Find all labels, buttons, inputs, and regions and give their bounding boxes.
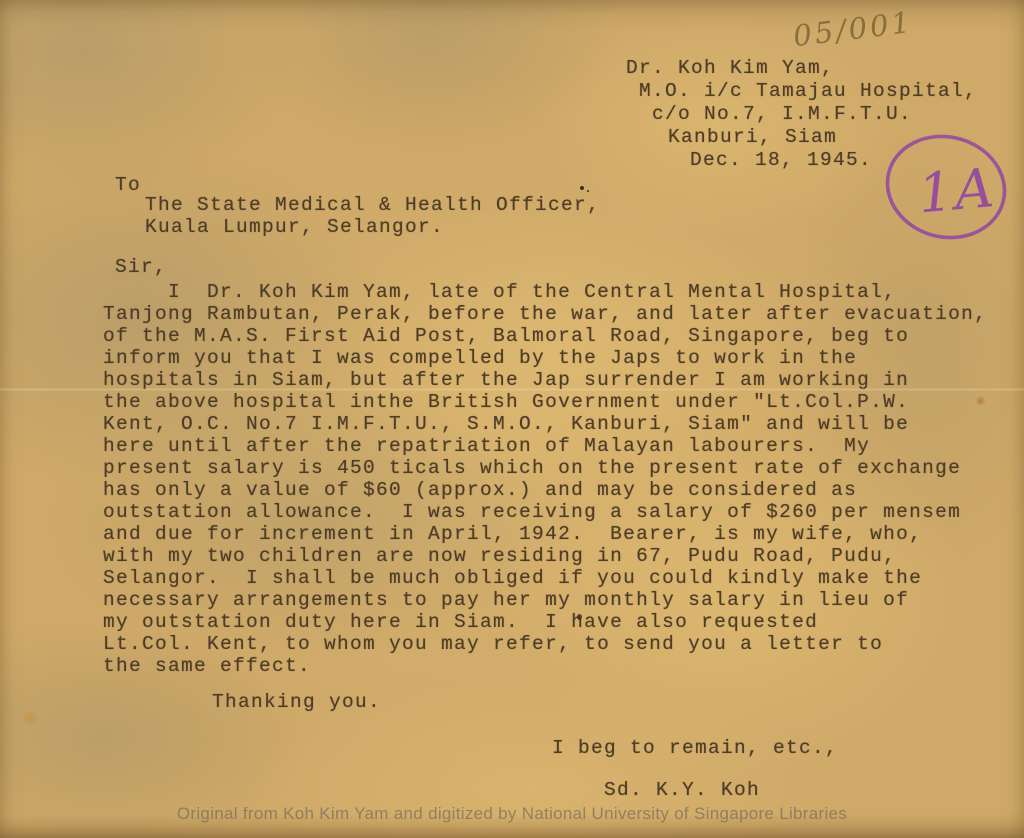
text-line: Kuala Lumpur, Selangor. — [145, 216, 600, 238]
text-line: hospitals in Siam, but after the Jap sur… — [103, 369, 987, 391]
text-line: the same effect. — [103, 655, 987, 677]
text-line: The State Medical & Health Officer, — [145, 194, 600, 216]
text-line: with my two children are now residing in… — [103, 545, 987, 567]
letter-body: I Dr. Koh Kim Yam, late of the Central M… — [103, 281, 987, 677]
text-line: Kent, O.C. No.7 I.M.F.T.U., S.M.O., Kanb… — [103, 413, 987, 435]
text-line: c/o No.7, I.M.F.T.U. — [652, 103, 977, 126]
text-line: of the M.A.S. First Aid Post, Balmoral R… — [103, 325, 987, 347]
text-line: M.O. i/c Tamajau Hospital, — [639, 80, 977, 103]
text-line: I Dr. Koh Kim Yam, late of the Central M… — [103, 281, 987, 303]
text-line: Lt.Col. Kent, to whom you may refer, to … — [103, 633, 987, 655]
circled-1a-stamp: 1A — [882, 128, 1016, 250]
text-line: present salary is 450 ticals which on th… — [103, 457, 987, 479]
text-line: necessary arrangements to pay her my mon… — [103, 589, 987, 611]
text-line: here until after the repatriation of Mal… — [103, 435, 987, 457]
text-line: inform you that I was compelled by the J… — [103, 347, 987, 369]
recipient-address-block: The State Medical & Health Officer,Kuala… — [145, 194, 600, 238]
text-line: Selangor. I shall be much obliged if you… — [103, 567, 987, 589]
thanking-line: Thanking you. — [212, 691, 381, 713]
recipient-to-label: To — [115, 174, 141, 196]
text-line: Tanjong Rambutan, Perak, before the war,… — [103, 303, 987, 325]
letter-page: 05/001 Dr. Koh Kim Yam,M.O. i/c Tamajau … — [0, 0, 1024, 838]
stamp-label: 1A — [916, 156, 999, 226]
paper-stain — [20, 710, 40, 726]
text-line: outstation allowance. I was receiving a … — [103, 501, 987, 523]
digitization-watermark: Original from Koh Kim Yam and digitized … — [0, 804, 1024, 824]
ink-speck — [580, 186, 584, 190]
closing-valediction: I beg to remain, etc., — [552, 737, 838, 759]
text-line: the above hospital inthe British Governm… — [103, 391, 987, 413]
text-line: Dr. Koh Kim Yam, — [626, 57, 977, 80]
pencil-reference-number: 05/001 — [791, 5, 914, 53]
text-line: and due for increment in April, 1942. Be… — [103, 523, 987, 545]
salutation: Sir, — [115, 256, 167, 278]
text-line: has only a value of $60 (approx.) and ma… — [103, 479, 987, 501]
text-line: my outstation duty here in Siam. I have … — [103, 611, 987, 633]
signature-line: Sd. K.Y. Koh — [604, 779, 760, 801]
